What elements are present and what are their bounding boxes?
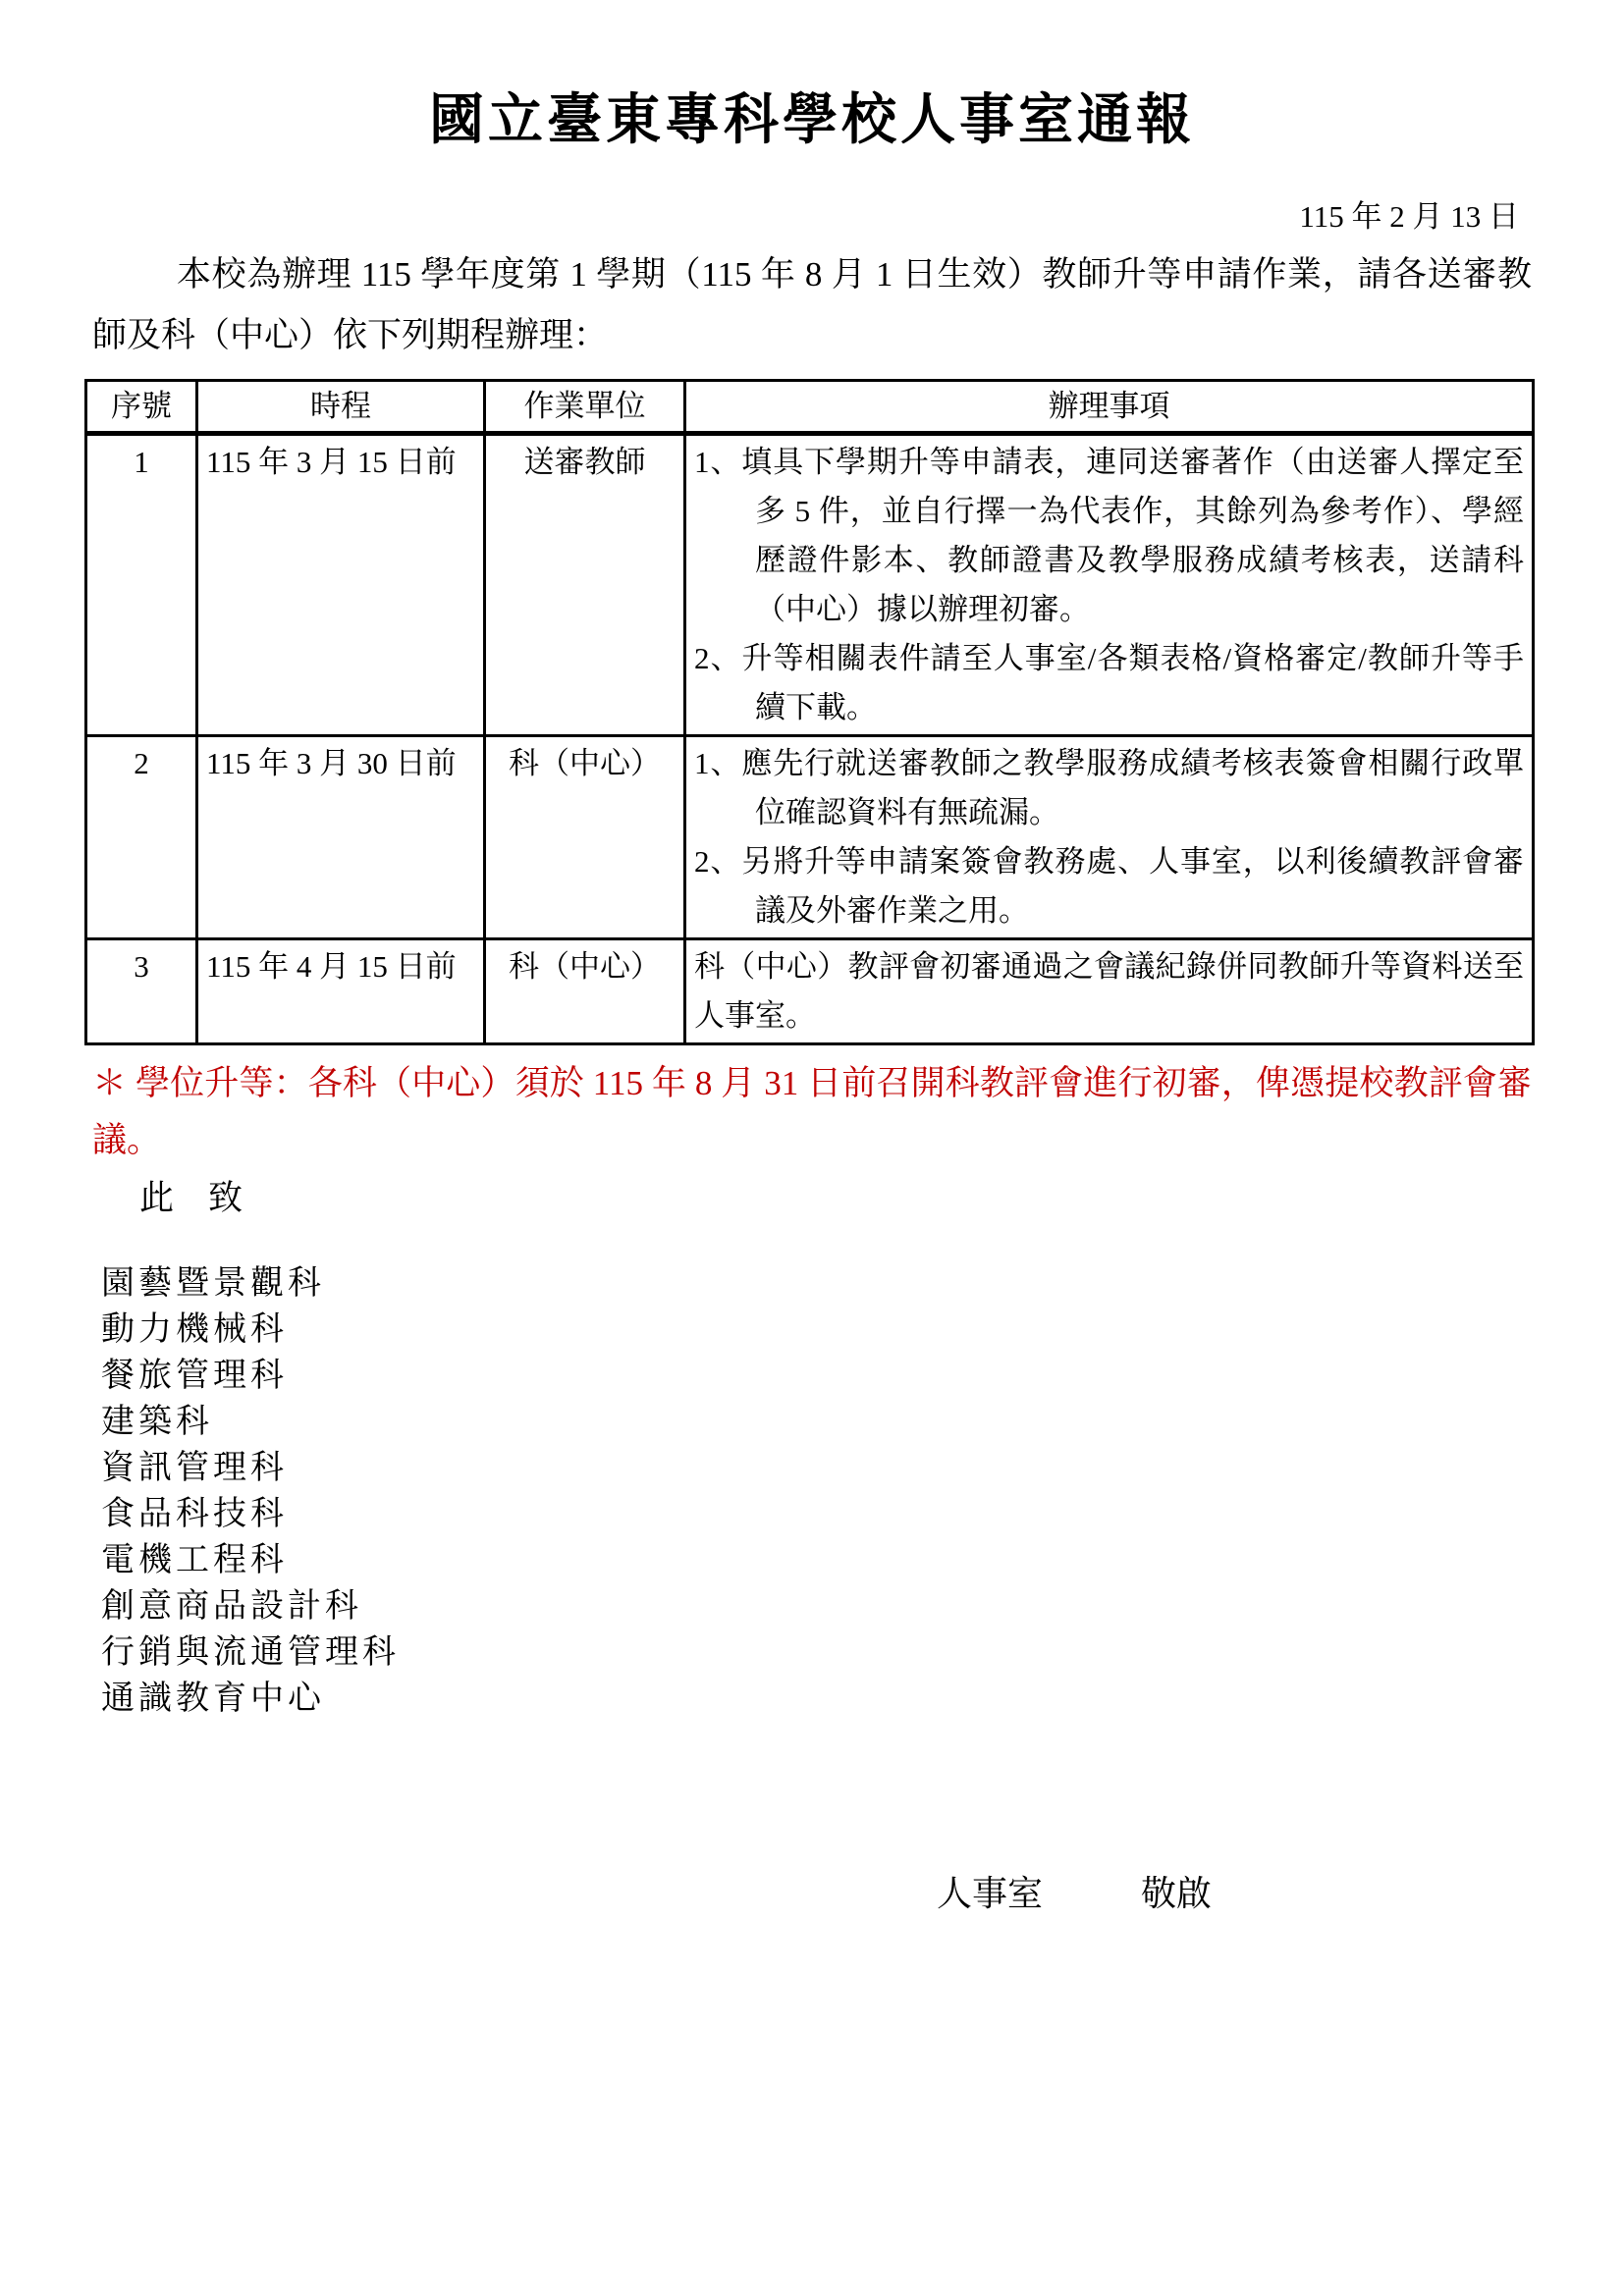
- salutation: 此 致: [139, 1175, 1624, 1221]
- row-unit: 送審教師: [485, 434, 685, 736]
- recipient: 動力機械科: [101, 1307, 1624, 1353]
- col-header-seq: 序號: [86, 381, 197, 434]
- row-unit: 科（中心）: [485, 736, 685, 939]
- row-matters: 1、應先行就送審教師之教學服務成績考核表簽會相關行政單位確認資料有無疏漏。 2、…: [685, 736, 1534, 939]
- recipient-list: 園藝暨景觀科 動力機械科 餐旅管理科 建築科 資訊管理科 食品科技科 電機工程科…: [101, 1260, 1624, 1722]
- row-seq: 3: [86, 939, 197, 1044]
- row-seq: 2: [86, 736, 197, 939]
- recipient: 創意商品設計科: [101, 1583, 1624, 1629]
- col-header-schedule: 時程: [197, 381, 485, 434]
- row-schedule: 115 年 3 月 15 日前: [197, 434, 485, 736]
- issue-date: 115 年 2 月 13 日: [0, 197, 1624, 237]
- page-title: 國立臺東專科學校人事室通報: [0, 0, 1624, 154]
- row-matters: 1、填具下學期升等申請表，連同送審著作（由送審人擇定至多 5 件，並自行擇一為代…: [685, 434, 1534, 736]
- signature-line: 人事室敬啟: [937, 1869, 1624, 1918]
- signer: 人事室: [937, 1874, 1043, 1913]
- degree-promotion-note: ＊ 學位升等：各科（中心）須於 115 年 8 月 31 日前召開科教評會進行初…: [92, 1055, 1532, 1169]
- col-header-unit: 作業單位: [485, 381, 685, 434]
- col-header-matters: 辦理事項: [685, 381, 1534, 434]
- matter-item: 科（中心）教評會初審通過之會議紀錄併同教師升等資料送至人事室。: [694, 942, 1524, 1041]
- table-header-row: 序號 時程 作業單位 辦理事項: [86, 381, 1534, 434]
- row-matters: 科（中心）教評會初審通過之會議紀錄併同教師升等資料送至人事室。: [685, 939, 1534, 1044]
- recipient: 建築科: [101, 1399, 1624, 1445]
- row-unit: 科（中心）: [485, 939, 685, 1044]
- row-schedule: 115 年 3 月 30 日前: [197, 736, 485, 939]
- table-row: 3 115 年 4 月 15 日前 科（中心） 科（中心）教評會初審通過之會議紀…: [86, 939, 1534, 1044]
- matter-item: 1、填具下學期升等申請表，連同送審著作（由送審人擇定至多 5 件，並自行擇一為代…: [694, 438, 1524, 634]
- recipient: 園藝暨景觀科: [101, 1260, 1624, 1307]
- table-row: 2 115 年 3 月 30 日前 科（中心） 1、應先行就送審教師之教學服務成…: [86, 736, 1534, 939]
- recipient: 電機工程科: [101, 1537, 1624, 1583]
- recipient: 行銷與流通管理科: [101, 1629, 1624, 1676]
- row-seq: 1: [86, 434, 197, 736]
- recipient: 食品科技科: [101, 1491, 1624, 1537]
- matter-item: 2、另將升等申請案簽會教務處、人事室，以利後續教評會審議及外審作業之用。: [694, 837, 1524, 935]
- signoff: 敬啟: [1141, 1874, 1212, 1913]
- recipient: 資訊管理科: [101, 1445, 1624, 1491]
- matter-item: 1、應先行就送審教師之教學服務成績考核表簽會相關行政單位確認資料有無疏漏。: [694, 739, 1524, 837]
- intro-paragraph: 本校為辦理 115 學年度第 1 學期（115 年 8 月 1 日生效）教師升等…: [92, 244, 1532, 366]
- row-schedule: 115 年 4 月 15 日前: [197, 939, 485, 1044]
- notice-page: 國立臺東專科學校人事室通報 115 年 2 月 13 日 本校為辦理 115 學…: [0, 0, 1624, 2296]
- matter-item: 2、升等相關表件請至人事室/各類表格/資格審定/教師升等手續下載。: [694, 634, 1524, 732]
- recipient: 餐旅管理科: [101, 1353, 1624, 1399]
- schedule-table: 序號 時程 作業單位 辦理事項 1 115 年 3 月 15 日前 送審教師 1…: [84, 379, 1535, 1045]
- table-row: 1 115 年 3 月 15 日前 送審教師 1、填具下學期升等申請表，連同送審…: [86, 434, 1534, 736]
- recipient: 通識教育中心: [101, 1676, 1624, 1722]
